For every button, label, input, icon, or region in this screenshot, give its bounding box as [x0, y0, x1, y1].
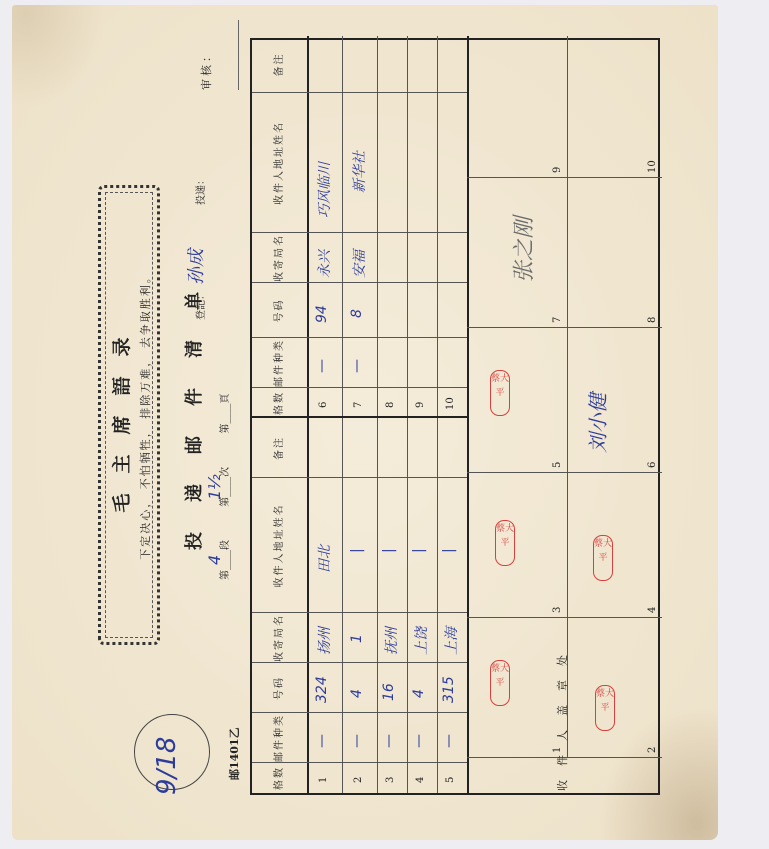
- box-number: 8: [647, 317, 658, 323]
- row-number: 6: [318, 402, 329, 408]
- cell-office: 永兴: [314, 250, 334, 278]
- box-number: 4: [647, 607, 658, 613]
- header-cell-office: 收寄局名: [270, 233, 285, 283]
- sig-col-line: [467, 327, 662, 328]
- row-number: 8: [385, 402, 396, 408]
- audit-signature-line: [238, 20, 239, 90]
- box-number: 9: [552, 167, 563, 173]
- header-divider: [307, 36, 309, 793]
- box-number: 2: [647, 747, 658, 753]
- quotation-text: 下定决心， 不怕牺牲， 排除万难， 去争取胜利。: [137, 188, 153, 642]
- route-trip-handwriting: 1½: [205, 474, 224, 500]
- row-number: 5: [445, 777, 456, 783]
- box-number: 3: [552, 607, 563, 613]
- sig-col-line: [467, 472, 662, 473]
- cell-type: —: [349, 359, 365, 373]
- recipient-signature: 刘小健: [582, 393, 611, 453]
- registered-label: 登記：: [192, 290, 207, 320]
- cell-office: 上饶: [411, 627, 431, 655]
- cell-recipient: 新华社: [349, 151, 369, 193]
- cell-office: 抚州: [381, 627, 401, 655]
- cell-number: 324: [314, 676, 330, 703]
- cell-recipient: |: [381, 548, 397, 553]
- signature-area-label: 收件人盖章处: [554, 641, 570, 791]
- signature-divider: [467, 36, 469, 793]
- cell-number: 315: [441, 676, 457, 703]
- row-number: 10: [445, 397, 456, 410]
- recipient-stamp: 蔡大平: [490, 370, 510, 416]
- mail-table: 格数 邮件种类 号码 收寄局名 收件人地址姓名 备注 格数 邮件种类 号码 收寄…: [250, 38, 660, 795]
- cell-number: 4: [411, 689, 427, 698]
- cell-office: 扬州: [314, 627, 334, 655]
- recipient-signature: 张之刚: [507, 217, 538, 283]
- row-number: 4: [415, 777, 426, 783]
- cell-number: 94: [314, 305, 330, 323]
- row-number: 2: [353, 777, 364, 783]
- cell-recipient: |: [441, 548, 457, 553]
- header-cell-recipient: 收件人地址姓名: [270, 478, 285, 613]
- cell-type: —: [441, 734, 457, 748]
- sig-col-line: [467, 617, 662, 618]
- header-cell-count: 格数: [270, 763, 285, 793]
- header-cell-number: 号码: [270, 283, 285, 338]
- cell-type: —: [314, 734, 330, 748]
- row-number: 9: [415, 402, 426, 408]
- delivery-list-form: 毛主席語录 下定决心， 不怕牺牲， 排除万难， 去争取胜利。 投递邮件清单 登記…: [12, 5, 718, 840]
- cell-office: 安福: [349, 250, 369, 278]
- box-number: 6: [647, 462, 658, 468]
- header-cell-recipient: 收件人地址姓名: [270, 93, 285, 233]
- recipient-stamp: 蔡大平: [495, 520, 515, 566]
- cell-recipient: 田北: [314, 545, 334, 573]
- registered-signature: 孙成: [182, 249, 208, 285]
- recipient-stamp: 蔡大平: [490, 660, 510, 706]
- box-number: 7: [552, 317, 563, 323]
- cell-recipient: |: [349, 548, 365, 553]
- cell-recipient: 巧风临川: [314, 162, 334, 218]
- header-cell-type: 邮件种类: [270, 713, 285, 763]
- deliverer-label: 投递：: [192, 175, 207, 205]
- recipient-stamp: 蔡大平: [595, 685, 615, 731]
- form-number: 邮1401乙: [226, 727, 242, 780]
- box-number: 5: [552, 462, 563, 468]
- cell-office: 上海: [441, 627, 461, 655]
- cell-number: 8: [349, 309, 365, 318]
- cell-type: —: [381, 734, 397, 748]
- header-cell-note: 备注: [270, 36, 285, 93]
- row-line: [437, 36, 438, 793]
- row-number: 3: [385, 777, 396, 783]
- cell-office: 1: [349, 634, 365, 643]
- row-line: [407, 36, 408, 793]
- circle-handwriting: 9/18: [152, 737, 182, 795]
- recipient-stamp: 蔡大平: [593, 535, 613, 581]
- cell-type: —: [411, 734, 427, 748]
- header-cell-type: 邮件种类: [270, 338, 285, 388]
- row-line: [342, 36, 343, 793]
- quotation-box: 毛主席語录 下定决心， 不怕牺牲， 排除万难， 去争取胜利。: [98, 185, 160, 645]
- header-cell-count: 格数: [270, 388, 285, 418]
- row-line: [377, 36, 378, 793]
- row-number: 7: [353, 402, 364, 408]
- cell-number: 16: [381, 683, 397, 701]
- box-number: 1: [552, 747, 563, 753]
- sig-col-line: [467, 177, 662, 178]
- header-cell-number: 号码: [270, 663, 285, 713]
- header-cell-office: 收寄局名: [270, 613, 285, 663]
- route-section-handwriting: 4: [205, 555, 224, 565]
- header-cell-note: 备注: [270, 418, 285, 478]
- box-number: 10: [647, 160, 658, 173]
- cell-type: —: [314, 359, 330, 373]
- quotation-title: 毛主席語录: [107, 188, 134, 642]
- cell-number: 4: [349, 689, 365, 698]
- cell-recipient: |: [411, 548, 427, 553]
- cell-type: —: [349, 734, 365, 748]
- audit-label: 审核：: [198, 48, 214, 90]
- row-number: 1: [318, 777, 329, 783]
